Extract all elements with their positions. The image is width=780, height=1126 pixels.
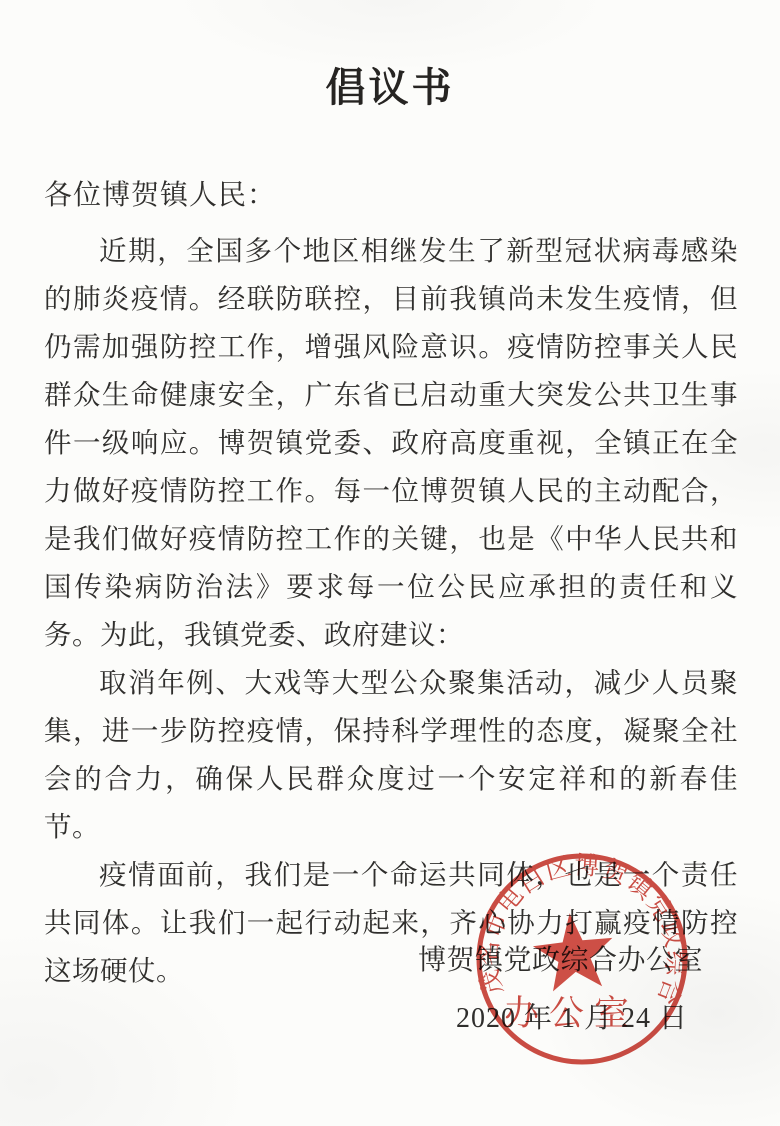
paragraph-1: 近期，全国多个地区相继发生了新型冠状病毒感染的肺炎疫情。经联防联控，目前我镇尚未… [44, 227, 738, 659]
date-line: 2020 年 1 月 24 日 [456, 996, 688, 1036]
signature-line: 博贺镇党政综合办公室 [418, 938, 703, 978]
paragraph-2: 取消年例、大戏等大型公众聚集活动，减少人员聚集，进一步防控疫情，保持科学理性的态… [44, 659, 738, 851]
document-body: 各位博贺镇人民： 近期，全国多个地区相继发生了新型冠状病毒感染的肺炎疫情。经联防… [0, 179, 780, 995]
salutation: 各位博贺镇人民： [44, 179, 738, 213]
document-page: 倡议书 各位博贺镇人民： 近期，全国多个地区相继发生了新型冠状病毒感染的肺炎疫情… [0, 0, 780, 1126]
document-title: 倡议书 [0, 0, 780, 113]
